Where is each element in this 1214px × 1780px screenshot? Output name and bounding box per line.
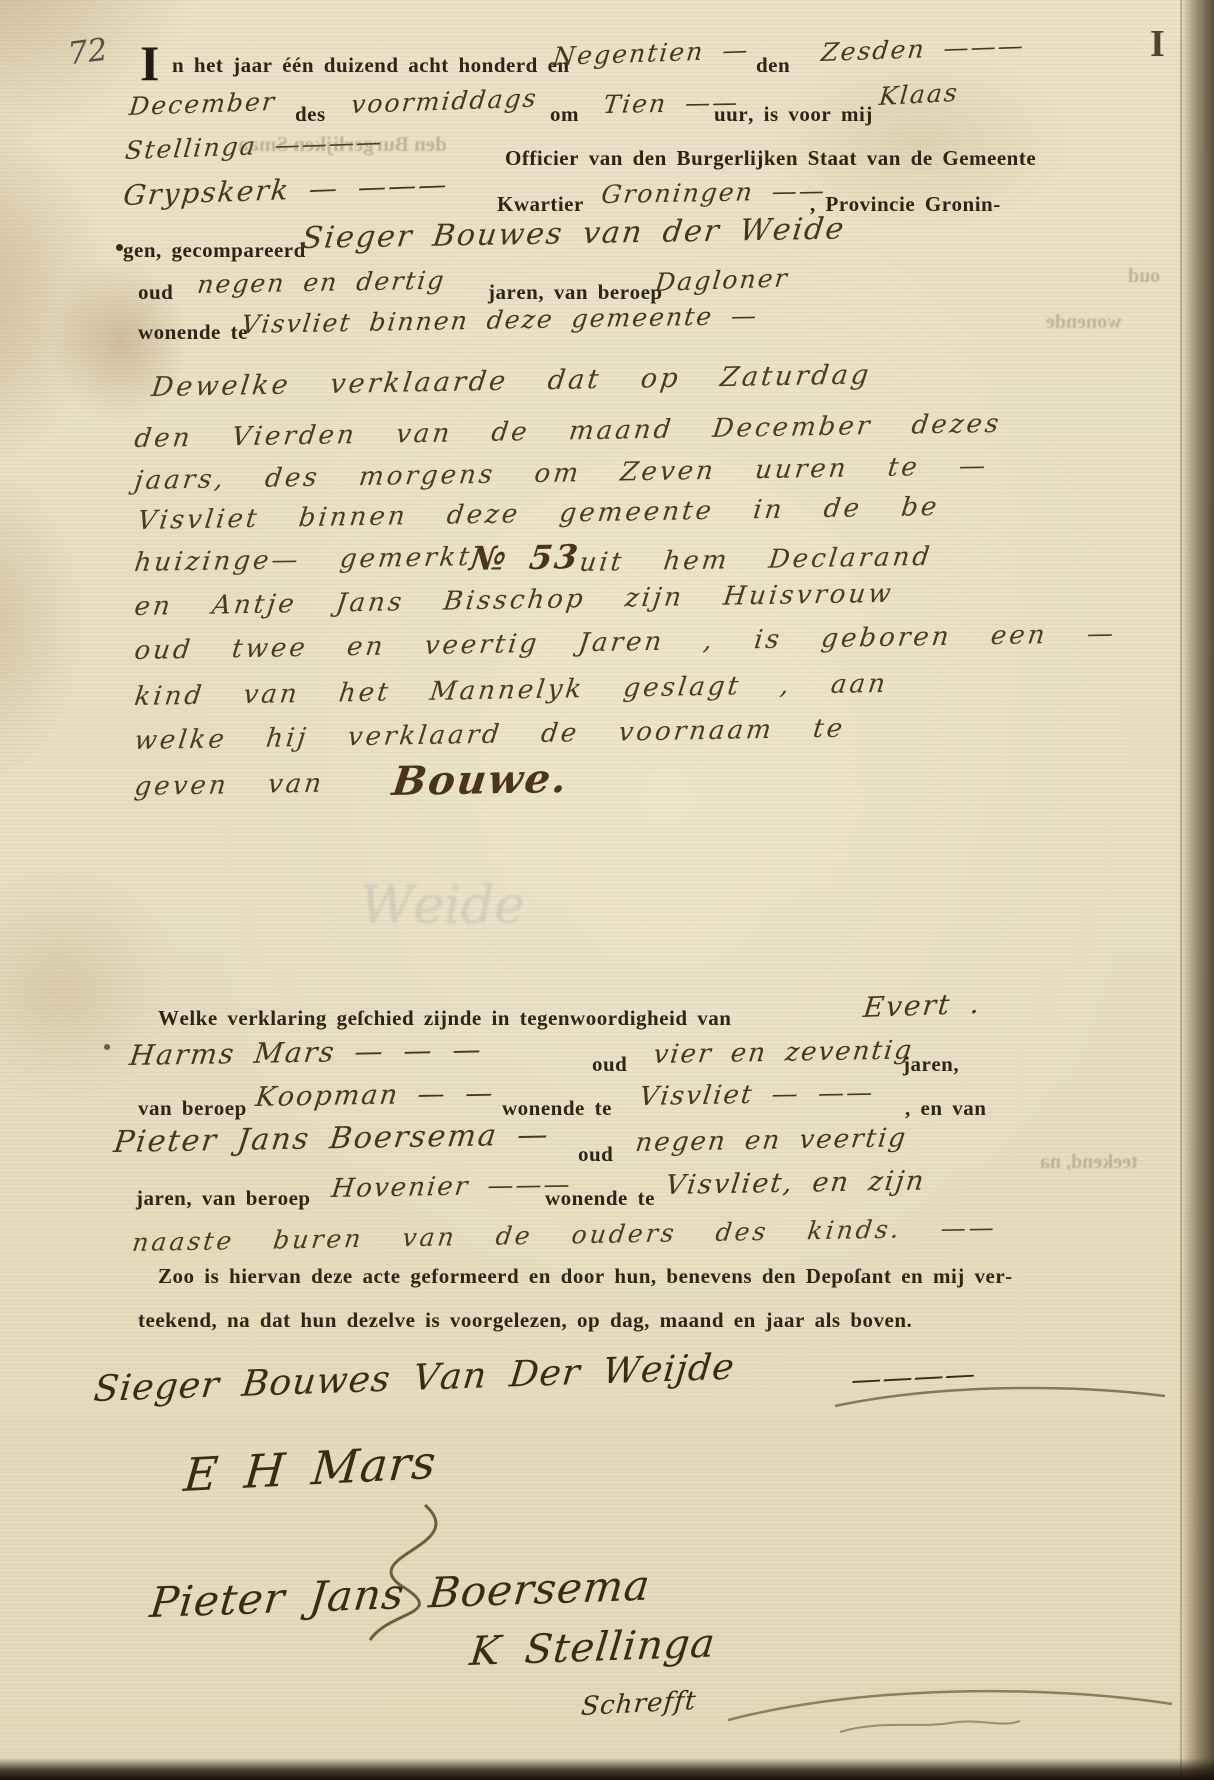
- act-text-segment: Klaas: [878, 80, 960, 109]
- act-text-segment: oud twee en veertig Jaren , is geboren e…: [133, 621, 1118, 664]
- act-text-segment: Kwartier: [497, 194, 584, 215]
- act-text-segment: jaren, van beroep: [136, 1188, 311, 1209]
- signature-officer-title: Schrefft: [580, 1688, 698, 1720]
- act-text-segment: jaars, des morgens om Zeven uuren te —: [133, 453, 990, 494]
- act-text-segment: oud: [592, 1054, 627, 1075]
- act-text-segment: Dagloner: [654, 265, 790, 295]
- act-text-segment: Visvliet, en zijn: [664, 1167, 927, 1199]
- act-text-segment: Zesden ———: [820, 33, 1026, 65]
- act-text-segment: voormiddags: [350, 86, 539, 117]
- act-text-segment: Groningen ——: [600, 178, 828, 207]
- act-text-segment: Zoo is hiervan deze acte geformeerd en d…: [158, 1266, 1013, 1287]
- act-text-segment: den Vierden van de maand December dezes: [133, 411, 1003, 452]
- signature-witness-1: E H Mars: [182, 1439, 439, 1498]
- act-text-segment: negen en dertig: [196, 268, 447, 297]
- act-text-segment: huizinge— gemerkt: [133, 544, 474, 576]
- act-text-segment: naaste buren van de ouders des kinds. ——: [131, 1215, 999, 1255]
- pen-flourish: [720, 1676, 1180, 1736]
- act-text-segment: Evert .: [862, 990, 983, 1022]
- page-number: 72: [66, 32, 110, 73]
- act-text-segment: uur, is voor mij: [714, 104, 873, 125]
- act-text-segment: jaren,: [903, 1054, 959, 1075]
- act-text-segment: Visvliet — ——: [638, 1080, 876, 1110]
- ghost-text: teekend, na: [1040, 1152, 1138, 1172]
- act-text-segment: den: [756, 55, 790, 76]
- act-text-segment: Welke verklaring geſchied zijnde in tege…: [158, 1008, 731, 1029]
- drop-cap-initial: I: [140, 38, 159, 88]
- ghost-text: oud: [1128, 266, 1160, 286]
- document-page: 72 In het jaar één duizend acht honderd …: [0, 0, 1214, 1780]
- act-text-segment: Pieter Jans Boersema —: [112, 1120, 551, 1158]
- ghost-text: wonende: [1046, 312, 1122, 332]
- act-text-segment: Harms Mars — — —: [128, 1036, 484, 1070]
- ghost-text: den Burgerlijken Smaa: [238, 134, 447, 155]
- act-text-segment: , en van: [905, 1098, 986, 1119]
- child-name: Bouwe.: [390, 759, 571, 802]
- act-text-segment: oud: [578, 1144, 613, 1165]
- act-text-segment: jaren, van beroep: [488, 282, 663, 303]
- act-text-segment: Sieger Bouwes van der Weide: [300, 215, 847, 254]
- signature-witness-2: Pieter Jans Boersema: [148, 1565, 652, 1624]
- act-text-segment: welke hij verklaard de voornaam te: [133, 716, 847, 754]
- act-text-segment: van beroep: [138, 1098, 247, 1119]
- act-text-segment: negen en veertig: [634, 1125, 909, 1156]
- signature-flourish-dash: ————: [850, 1360, 977, 1396]
- act-text-segment: oud: [138, 282, 173, 303]
- adjacent-page-initial: I: [1150, 22, 1165, 66]
- act-text-segment: Negentien —: [552, 37, 751, 69]
- act-text-segment: des: [295, 104, 326, 125]
- act-text-segment: vier en zeventig: [652, 1037, 915, 1068]
- signature-officer: K Stellinga: [468, 1623, 718, 1672]
- act-text-segment: en Antje Jans Bisschop zijn Huisvrouw: [133, 581, 895, 620]
- signature-declarant: Sieger Bouwes Van Der Weijde: [92, 1350, 737, 1408]
- house-number: № 53: [468, 540, 582, 575]
- act-text-segment: teekend, na dat hun dezelve is voorgelez…: [138, 1310, 912, 1331]
- act-text-segment: Officier van den Burgerlijken Staat van …: [505, 148, 1036, 169]
- act-text-segment: Hovenier ———: [330, 1172, 573, 1202]
- act-text-segment: geven van: [133, 771, 326, 800]
- ink-spot: [104, 1044, 110, 1050]
- act-text-segment: wonende te: [502, 1098, 612, 1119]
- act-text-segment: December: [128, 89, 277, 119]
- act-text-segment: wonende te: [138, 322, 248, 343]
- act-text-segment: uit hem Declarand: [578, 544, 934, 576]
- scan-bottom-edge: [0, 1758, 1214, 1780]
- ghost-text: Weide: [360, 880, 525, 932]
- ink-spot: [116, 244, 123, 251]
- act-text-segment: Dewelke verklaarde dat op Zaturdag: [150, 361, 873, 401]
- page-edge-shadow: [1180, 0, 1214, 1780]
- act-text-segment: Visvliet binnen deze gemeente in de be: [136, 494, 941, 534]
- act-text-segment: Grypskerk — ———: [122, 171, 450, 210]
- act-text-segment: gen, gecompareerd: [123, 240, 306, 261]
- act-text-segment: kind van het Mannelyk geslagt , aan: [133, 671, 890, 710]
- act-text-segment: n het jaar één duizend acht honderd en: [172, 55, 570, 76]
- act-text-segment: om: [550, 104, 579, 125]
- act-text-segment: wonende te: [545, 1188, 655, 1209]
- act-text-segment: Koopman — —: [254, 1080, 496, 1111]
- act-text-segment: Visvliet binnen deze gemeente —: [240, 303, 760, 337]
